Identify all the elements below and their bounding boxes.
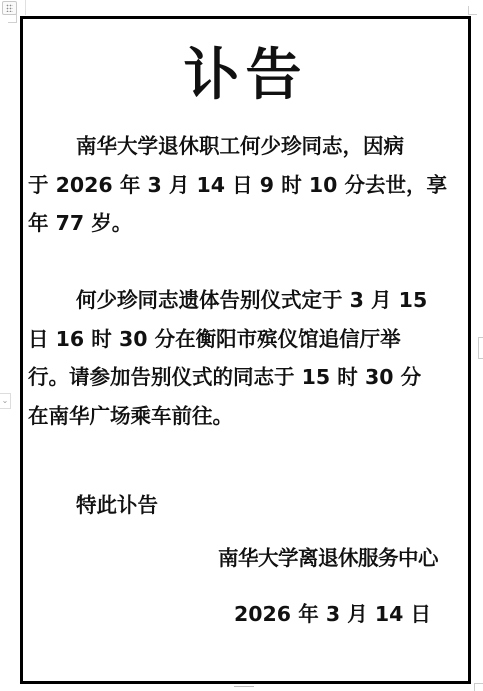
text-line: 在南华广场乘车前往。 bbox=[28, 397, 468, 436]
text-line: 于 2026 年 3 月 14 日 9 时 10 分去世，享 bbox=[28, 166, 468, 205]
text-line: 年 77 岁。 bbox=[28, 204, 468, 243]
table-move-handle[interactable] bbox=[2, 1, 17, 15]
obituary-frame: 讣告 南华大学退休职工何少珍同志，因病 于 2026 年 3 月 14 日 9 … bbox=[20, 16, 471, 684]
signature-organization: 南华大学离退休服务中心 bbox=[218, 541, 438, 571]
move-handle-icon bbox=[6, 4, 13, 12]
bottom-resize-handle[interactable] bbox=[234, 686, 254, 691]
signature-date: 2026 年 3 月 14 日 bbox=[234, 597, 431, 627]
chevron-down-icon: ⌄ bbox=[2, 396, 9, 405]
side-resize-handle[interactable] bbox=[478, 337, 483, 359]
paragraph-farewell-ceremony: 何少珍同志遗体告别仪式定于 3 月 15 日 16 时 30 分在衡阳市殡仪馆追… bbox=[28, 281, 468, 435]
corner-mark-top-left bbox=[8, 14, 17, 23]
text-line: 行。请参加告别仪式的同志于 15 时 30 分 bbox=[28, 358, 468, 397]
text-line: 日 16 时 30 分在衡阳市殡仪馆追信厅举 bbox=[28, 320, 468, 359]
paragraph-death-notice: 南华大学退休职工何少珍同志，因病 于 2026 年 3 月 14 日 9 时 1… bbox=[28, 127, 468, 243]
page-title: 讣告 bbox=[23, 41, 468, 111]
text-line: 何少珍同志遗体告别仪式定于 3 月 15 bbox=[28, 281, 468, 320]
corner-mark-top-right bbox=[468, 6, 477, 15]
side-collapse-button[interactable]: ⌄ bbox=[0, 393, 11, 409]
margin-guide bbox=[25, 0, 26, 15]
text-line: 南华大学退休职工何少珍同志，因病 bbox=[28, 127, 468, 166]
closing-statement: 特此讣告 bbox=[76, 488, 158, 518]
corner-resize-handle[interactable] bbox=[474, 683, 483, 691]
